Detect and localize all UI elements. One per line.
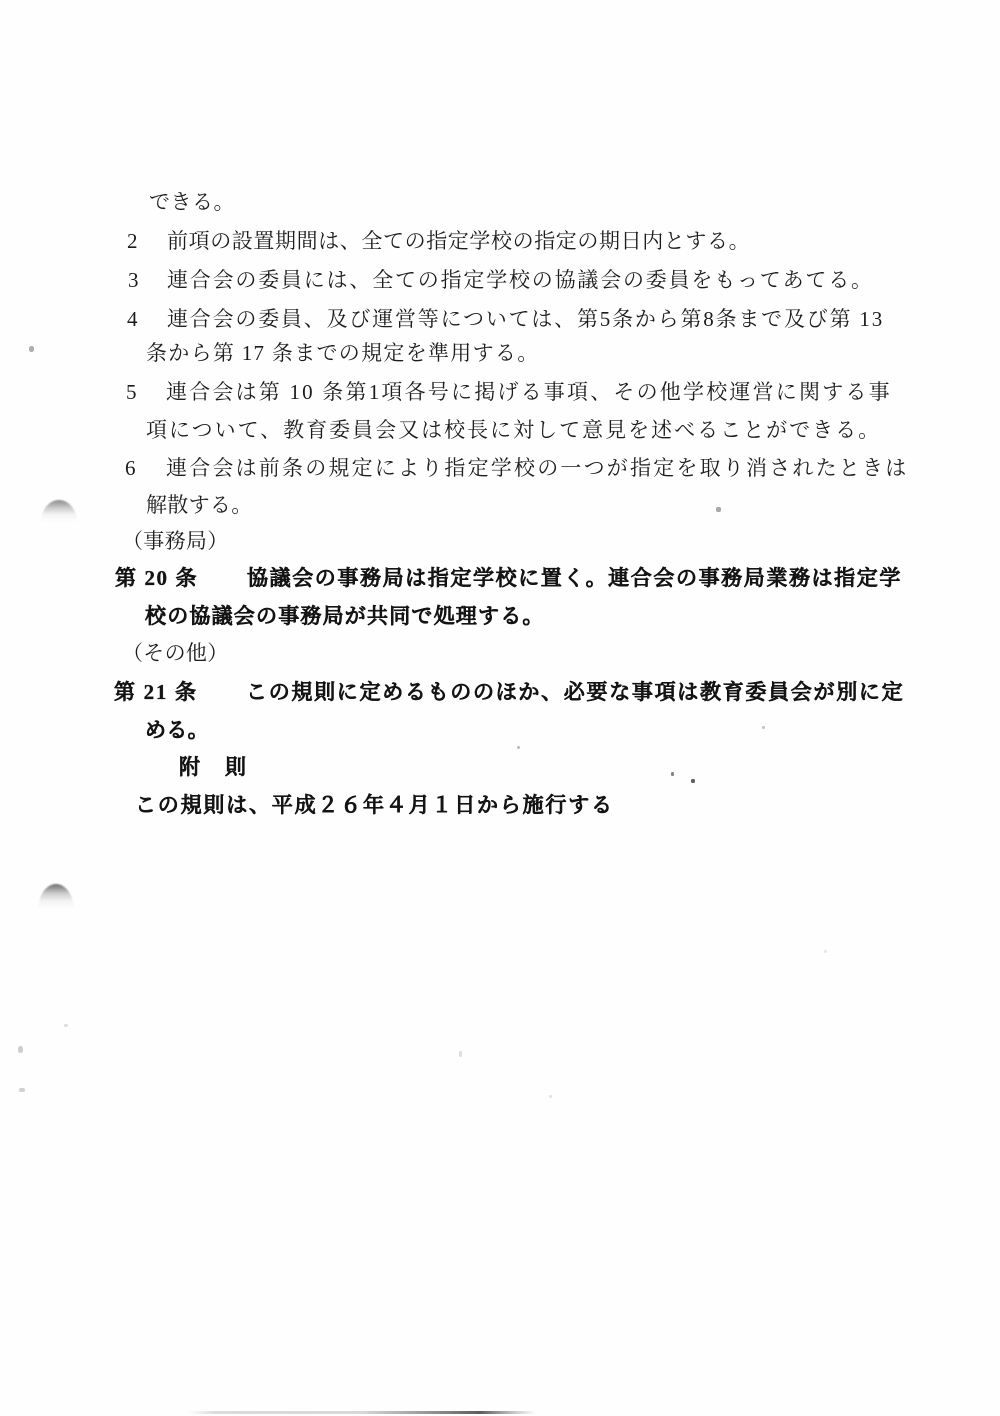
line-text: この規則に定めるもののほか、必要な事項は教育委員会が別に定: [246, 679, 904, 705]
scan-speck: [824, 950, 827, 953]
punch-hole-shadow-2: [38, 884, 74, 910]
line-text: 連合会の委員、及び運営等については、第5条から第8条まで及び第 13: [167, 306, 884, 332]
scan-speck: [18, 1046, 23, 1053]
line-text: （その他）: [122, 640, 229, 666]
line-text: この規則は、平成２６年４月１日から施行する: [135, 792, 614, 818]
document-line-16: 附 則: [0, 754, 1000, 782]
line-text: 協議会の事務局は指定学校に置く。連合会の事務局業務は指定学: [247, 565, 902, 591]
scan-speck: [29, 346, 34, 352]
line-text: める。: [145, 717, 209, 743]
document-line-17: この規則は、平成２６年４月１日から施行する: [0, 792, 1000, 820]
scanned-document-page: できる。2前項の設置期間は、全ての指定学校の指定の期日内とする。3連合会の委員に…: [0, 0, 1000, 1416]
item-number: 2: [127, 228, 138, 254]
item-number: 5: [126, 379, 139, 405]
line-text: 項について、教育委員会又は校長に対して意見を述べることができる。: [146, 417, 881, 443]
document-line-15: める。: [0, 717, 1000, 745]
line-text: 解散する。: [146, 492, 253, 518]
document-line-10: （事務局）: [0, 528, 1000, 556]
item-number: 第 21 条: [114, 679, 198, 705]
document-line-3: 3連合会の委員には、全ての指定学校の協議会の委員をもってあてる。: [0, 267, 1000, 295]
document-line-5: 条から第 17 条までの規定を準用する。: [0, 340, 1000, 368]
scan-speck: [762, 726, 765, 729]
document-line-13: （その他）: [0, 640, 1000, 668]
line-text: 条から第 17 条までの規定を準用する。: [146, 340, 540, 366]
line-text: 前項の設置期間は、全ての指定学校の指定の期日内とする。: [167, 228, 750, 254]
line-text: 校の協議会の事務局が共同で処理する。: [145, 603, 545, 629]
document-line-9: 解散する。: [0, 492, 1000, 520]
document-line-12: 校の協議会の事務局が共同で処理する。: [0, 603, 1000, 631]
line-text: 連合会は第 10 条第1項各号に掲げる事項、その他学校運営に関する事: [166, 379, 892, 405]
scan-speck: [64, 1024, 68, 1027]
line-text: （事務局）: [122, 528, 229, 554]
scan-speck: [517, 746, 520, 749]
document-line-1: できる。: [0, 189, 1000, 217]
scan-bottom-edge-artifact: [188, 1411, 536, 1414]
scan-speck: [19, 1088, 25, 1092]
document-line-6: 5連合会は第 10 条第1項各号に掲げる事項、その他学校運営に関する事: [0, 379, 1000, 407]
item-number: 第 20 条: [115, 565, 198, 591]
item-number: 4: [127, 306, 139, 332]
scan-speck: [459, 1051, 462, 1057]
item-number: 6: [125, 455, 138, 481]
item-number: 3: [128, 267, 140, 293]
document-line-14: 第 21 条この規則に定めるもののほか、必要な事項は教育委員会が別に定: [0, 679, 1000, 707]
document-line-7: 項について、教育委員会又は校長に対して意見を述べることができる。: [0, 417, 1000, 445]
document-line-8: 6連合会は前条の規定により指定学校の一つが指定を取り消されたときは: [0, 455, 1000, 483]
line-text: 連合会は前条の規定により指定学校の一つが指定を取り消されたときは: [166, 455, 908, 481]
scan-speck: [549, 1095, 552, 1098]
line-text: できる。: [149, 189, 235, 215]
scan-speck: [671, 772, 674, 776]
scan-speck: [716, 507, 721, 512]
line-text: 附 則: [179, 754, 248, 780]
scan-speck: [691, 779, 695, 783]
document-line-4: 4連合会の委員、及び運営等については、第5条から第8条まで及び第 13: [0, 306, 1000, 334]
document-line-11: 第 20 条協議会の事務局は指定学校に置く。連合会の事務局業務は指定学: [0, 565, 1000, 593]
document-line-2: 2前項の設置期間は、全ての指定学校の指定の期日内とする。: [0, 228, 1000, 256]
line-text: 連合会の委員には、全ての指定学校の協議会の委員をもってあてる。: [167, 267, 874, 293]
